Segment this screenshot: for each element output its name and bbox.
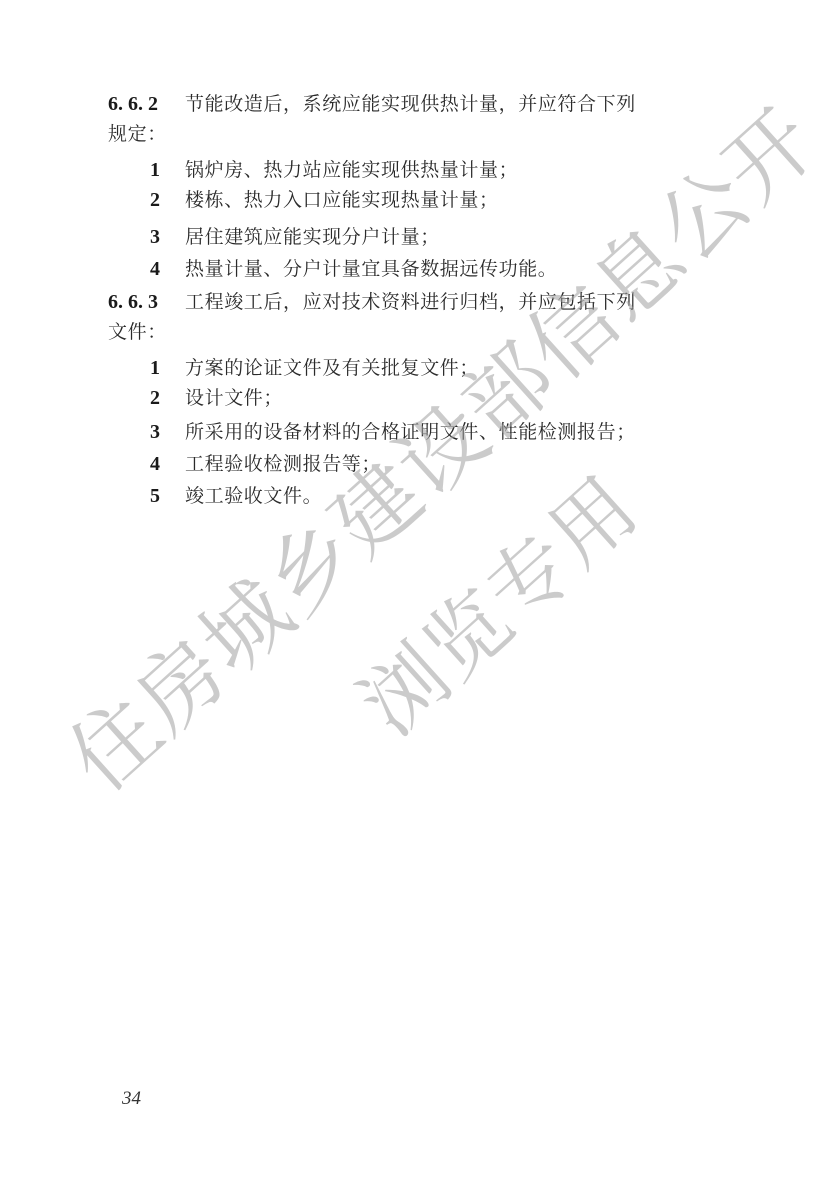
list-item-number: 2 <box>150 386 160 410</box>
clause-number-6-6-2: 6. 6. 2 <box>108 92 158 116</box>
clause-text-6-6-3: 工程竣工后，应对技术资料进行归档，并应包括下列 <box>185 290 636 314</box>
list-item-text: 热量计量、分户计量宜具备数据远传功能。 <box>185 257 557 281</box>
list-item-text: 所采用的设备材料的合格证明文件、性能检测报告； <box>185 420 636 444</box>
list-item-number: 3 <box>150 420 160 444</box>
list-item-number: 1 <box>150 158 160 182</box>
page-number: 34 <box>122 1088 141 1110</box>
clause-text-6-6-2: 节能改造后，系统应能实现供热计量，并应符合下列 <box>185 92 636 116</box>
list-item-text: 竣工验收文件。 <box>185 484 322 508</box>
list-item-text: 设计文件； <box>185 386 283 410</box>
list-item-number: 2 <box>150 188 160 212</box>
list-item-number: 5 <box>150 484 160 508</box>
list-item-number: 3 <box>150 225 160 249</box>
list-item-text: 锅炉房、热力站应能实现供热量计量； <box>185 158 518 182</box>
list-item-text: 方案的论证文件及有关批复文件； <box>185 356 479 380</box>
watermark-line-1: 住房城乡建设部信息公开 <box>37 74 827 814</box>
list-item-number: 4 <box>150 257 160 281</box>
list-item-number: 4 <box>150 452 160 476</box>
list-item-text: 工程验收检测报告等； <box>185 452 381 476</box>
clause-text-6-6-2-cont: 规定： <box>108 122 167 146</box>
list-item-number: 1 <box>150 356 160 380</box>
watermark-line-2: 浏览专用 <box>332 445 660 757</box>
document-page: 6. 6. 2 节能改造后，系统应能实现供热计量，并应符合下列 规定： 1 锅炉… <box>0 0 827 1198</box>
list-item-text: 居住建筑应能实现分户计量； <box>185 225 440 249</box>
clause-number-6-6-3: 6. 6. 3 <box>108 290 158 314</box>
list-item-text: 楼栋、热力入口应能实现热量计量； <box>185 188 499 212</box>
clause-text-6-6-3-cont: 文件： <box>108 320 167 344</box>
